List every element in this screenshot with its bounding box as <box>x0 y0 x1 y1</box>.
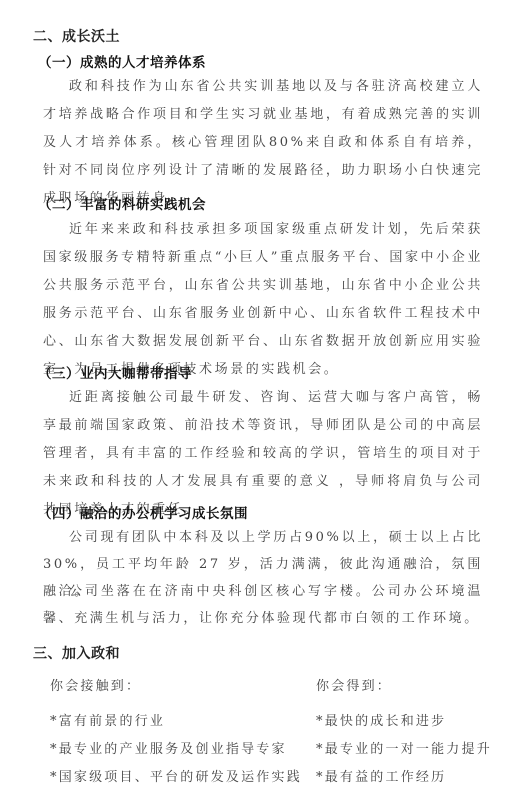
right-column-item: *最快的成长和进步 <box>316 708 492 736</box>
right-column-item: *最有益的工作经历 <box>316 764 492 792</box>
subsection-2-title: （二）丰富的科研实践机会 <box>38 193 206 213</box>
left-column-heading: 你会接触到： <box>50 672 302 708</box>
subsection-2-paragraph: 近年来来政和科技承担多项国家级重点研发计划，先后荣获国家级服务专精特新重点“小巨… <box>43 216 483 384</box>
subsection-1-paragraph: 政和科技作为山东省公共实训基地以及与各驻济高校建立人才培养战略合作项目和学生实习… <box>43 73 483 213</box>
section-2-title: 二、成长沃土 <box>33 26 120 46</box>
left-column-item: *富有前景的行业 <box>50 708 302 736</box>
section-3-title: 三、加入政和 <box>33 643 120 663</box>
gains-left-column: 你会接触到： *富有前景的行业 *最专业的产业服务及创业指导专家 *国家级项目、… <box>50 672 302 792</box>
left-column-item: *国家级项目、平台的研发及运作实践 <box>50 764 302 792</box>
subsection-4-title: （四）融洽的办公机学习成长氛围 <box>38 502 248 522</box>
subsection-4-paragraph-2: 公司坐落在在济南中央科创区核心写字楼。公司办公环境温馨、充满生机与活力，让你充分… <box>43 578 483 632</box>
right-column-heading: 你会得到： <box>316 672 492 708</box>
subsection-1-title: （一）成熟的人才培养体系 <box>38 51 206 71</box>
subsection-3-title: （三）业内大咖帮带指导 <box>38 362 192 382</box>
gains-right-column: 你会得到： *最快的成长和进步 *最专业的一对一能力提升 *最有益的工作经历 <box>316 672 492 792</box>
left-column-item: *最专业的产业服务及创业指导专家 <box>50 736 302 764</box>
right-column-item: *最专业的一对一能力提升 <box>316 736 492 764</box>
